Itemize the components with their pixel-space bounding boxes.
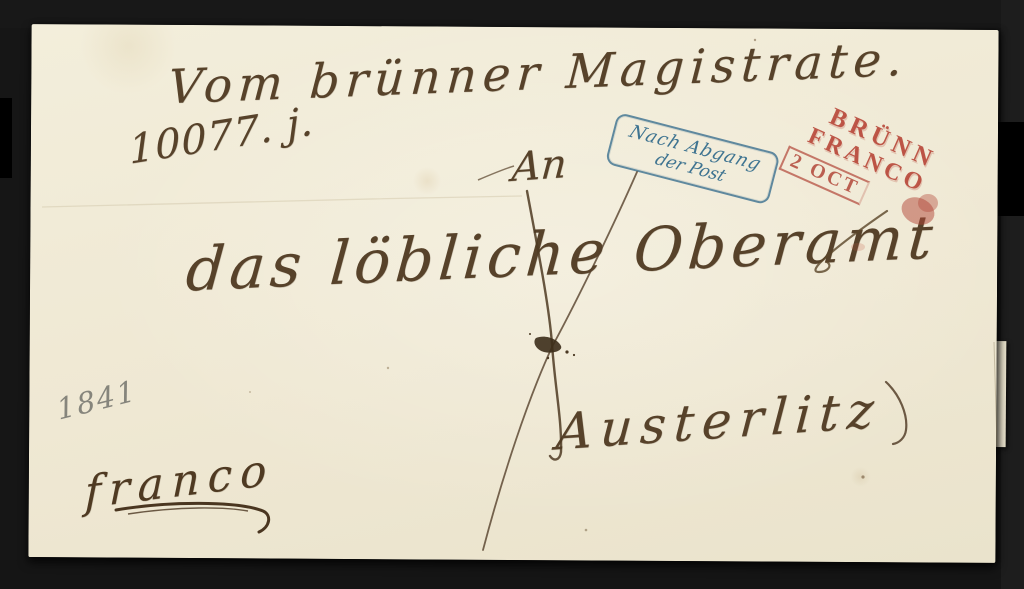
franco-note-handwriting: franco [84,448,274,516]
blue-cachet-box: Nach Abgang der Post [605,112,781,205]
photo-of-postal-cover: Vom brünner Magistrate. 10077. j. An das… [0,0,1024,589]
address-salutation-handwriting: An [511,144,568,188]
handwriting-layer: Vom brünner Magistrate. 10077. j. An das… [0,0,1024,589]
reference-number-handwriting: 10077. j. [128,101,315,170]
address-line1-handwriting: das löbliche Oberamt [184,207,940,300]
address-line2-handwriting: Austerlitz [555,384,884,457]
pencil-year-annotation: 1841 [55,376,139,424]
sender-line-handwriting: Vom brünner Magistrate. [167,36,910,112]
